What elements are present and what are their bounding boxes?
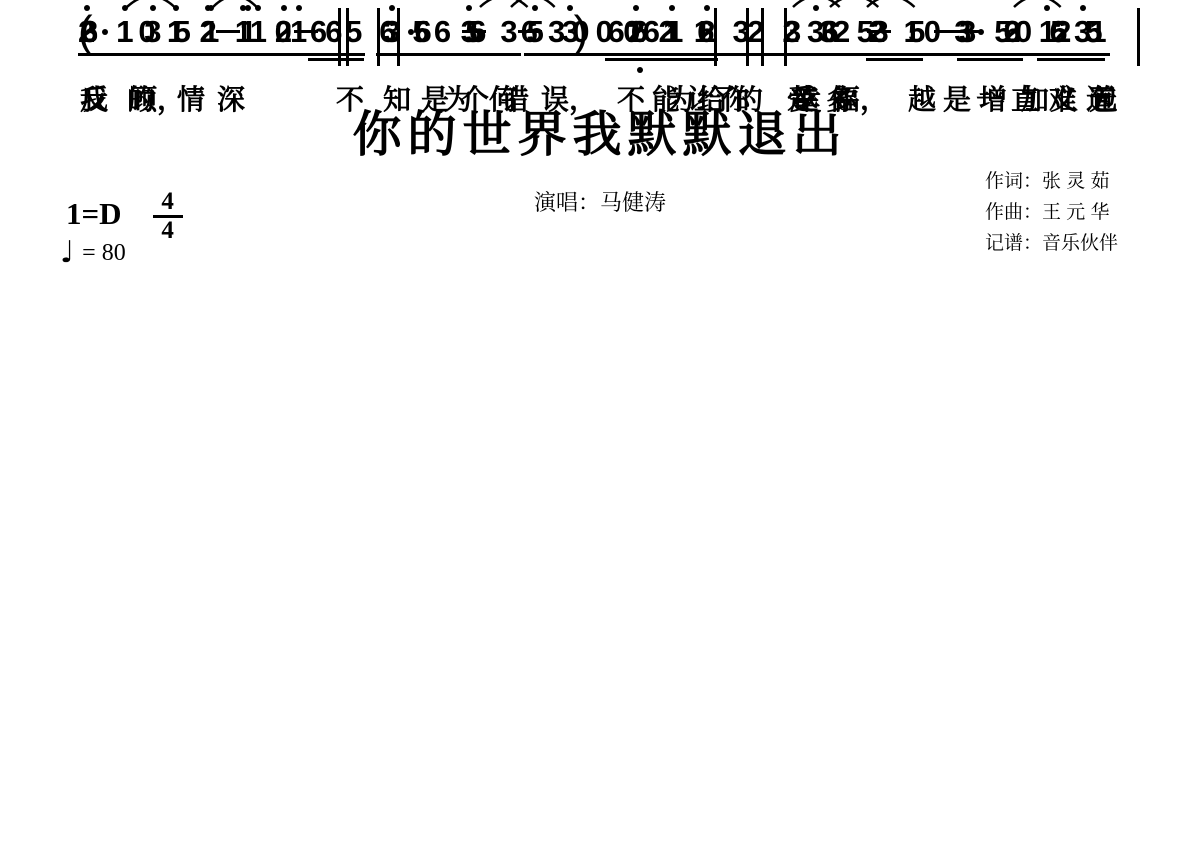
note: 1 — [202, 16, 219, 48]
time-denominator: 4 — [161, 219, 174, 243]
note: 6 — [81, 16, 98, 48]
note: 1 — [116, 16, 133, 48]
lyric-syllable: 是 — [943, 78, 971, 118]
lyric-syllable: 包 — [1090, 78, 1118, 118]
quarter-note-icon: ♩ — [60, 238, 74, 268]
lyric-syllable: 越 — [908, 78, 936, 118]
note: 1 — [666, 16, 683, 48]
slur-arc-curve — [211, 0, 259, 10]
note: 3 — [548, 16, 565, 48]
sustain-dash — [294, 30, 318, 33]
slur-arc — [211, 0, 259, 10]
slur-arc-curve — [791, 0, 842, 10]
key-time-block: 1=D 4 4 — [66, 198, 184, 243]
beam-group: 21 — [1051, 16, 1110, 56]
beam-group: 66 — [376, 16, 435, 56]
slur-arc-curve — [1012, 0, 1063, 10]
note: 1 — [250, 16, 267, 48]
note: 1 — [1089, 16, 1106, 48]
note: 1 — [167, 16, 184, 48]
augmentation-dot — [978, 29, 984, 35]
tempo-value: = 80 — [82, 240, 126, 267]
lyric-syllable: 给 — [697, 78, 725, 118]
credit-transcriber: 记谱：音乐伙伴 — [985, 228, 1118, 259]
notes-row: 6111166533061222213221 — [78, 16, 1140, 66]
credit-lyricist: 作词：张 灵 茹 — [985, 166, 1118, 197]
lyric-syllable: 错 — [501, 78, 529, 118]
credits-block: 作词：张 灵 茹 作曲：王 元 华 记谱：音乐伙伴 — [985, 166, 1118, 259]
note: 2 — [1054, 16, 1071, 48]
lyric-syllable: 个 — [461, 78, 489, 118]
note: 2 — [782, 16, 799, 48]
slur-arc — [791, 0, 842, 10]
lyric-syllable: 误， — [541, 78, 597, 118]
note: 5 — [465, 16, 482, 48]
key-signature: 1=D — [66, 198, 122, 230]
lyric-syllable: 不 — [617, 78, 645, 118]
double-beam-subgroup: 21 — [868, 16, 921, 48]
lyric-syllable: 的 — [127, 78, 155, 118]
bar-line — [1137, 8, 1140, 66]
octave-dot-high — [173, 5, 179, 11]
note: 2 — [1003, 16, 1020, 48]
lyric-syllable: 能 — [652, 78, 680, 118]
lyric-syllable: 的 — [735, 78, 763, 118]
note: 6 — [631, 16, 648, 48]
slur-arc — [509, 0, 557, 10]
octave-dot-high — [255, 5, 261, 11]
note: 1 — [904, 16, 921, 48]
time-numerator: 4 — [161, 190, 174, 214]
bar-line — [714, 8, 717, 66]
octave-dot-low — [637, 67, 643, 73]
lyric-syllable: 我 — [80, 78, 108, 118]
sheet-music-page: 你的世界我默默退出 演唱：马健涛 作词：张 灵 茹 作曲：王 元 华 记谱：音乐… — [0, 0, 1200, 850]
lyric-syllable: 不 — [336, 78, 364, 118]
double-beam-subgroup: 61 — [631, 16, 684, 48]
lyric-syllable: 知 — [383, 78, 411, 118]
lyric-syllable: 是 — [421, 78, 449, 118]
note: 0 — [596, 16, 613, 48]
bar-line — [346, 8, 349, 66]
beam-group: 22 — [744, 16, 803, 56]
beam-group: 221 — [830, 16, 924, 56]
note: 3 — [954, 16, 971, 48]
slur-arc-curve — [509, 0, 557, 10]
note: 2 — [747, 16, 764, 48]
double-beam-subgroup: 2 — [1003, 16, 1020, 48]
beam-group: 32 — [951, 16, 1024, 56]
tempo-marking: ♩ = 80 — [60, 238, 126, 268]
lyric-syllable: 越 — [790, 78, 818, 118]
lyric-syllable: 多 — [826, 78, 854, 118]
lyric-syllable: 增 — [979, 78, 1007, 118]
lyric-syllable: 加 — [1021, 78, 1049, 118]
slur-arc — [1012, 0, 1063, 10]
octave-dot-high — [122, 5, 128, 11]
beam-group: 11 — [164, 16, 223, 56]
beam-group: 53 — [462, 16, 521, 56]
lyric-syllable: 深 — [217, 78, 245, 118]
credit-composer: 作曲：王 元 华 — [985, 197, 1118, 228]
lyric-syllable: 情 — [177, 78, 205, 118]
note: 6 — [414, 16, 431, 48]
score-line-4: 6111166533061222213221我的情深是个错误，给的越多越是增加包 — [78, 0, 1140, 74]
octave-dot-high — [208, 5, 214, 11]
note: 2 — [833, 16, 850, 48]
beam-group: 61 — [78, 16, 137, 56]
beam-group: 061 — [593, 16, 687, 56]
note: 2 — [868, 16, 885, 48]
lyric-syllable: 难 — [1049, 78, 1077, 118]
time-signature: 4 4 — [152, 190, 184, 243]
note: 6 — [379, 16, 396, 48]
note: 3 — [500, 16, 517, 48]
